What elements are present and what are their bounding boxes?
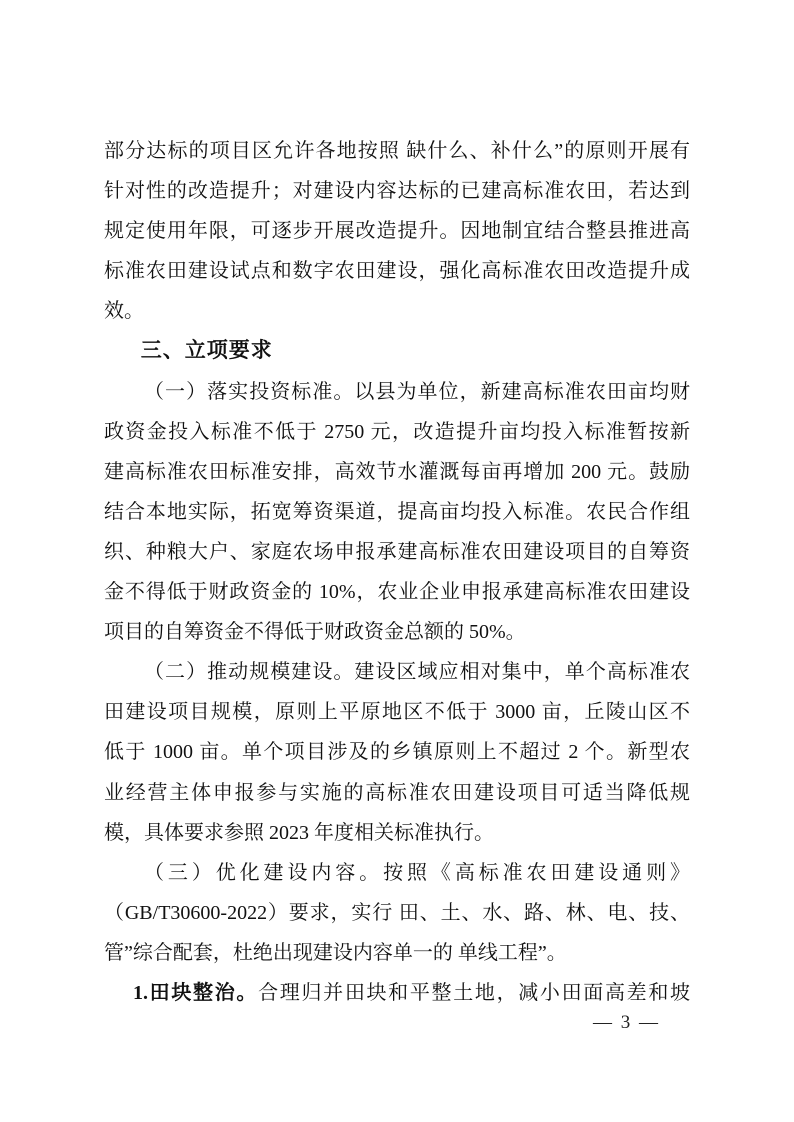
- para-investment-line: 织、种粮大户、家庭农场申报承建高标准农田建设项目的自筹资: [104, 532, 690, 572]
- para-scale-line: 低于 1000 亩。单个项目涉及的乡镇原则上不超过 2 个。新型农: [104, 732, 690, 772]
- para-improvement-line: 针对性的改造提升；对建设内容达标的已建高标准农田，若达到: [104, 171, 690, 211]
- para-improvement-line: 效。: [104, 291, 690, 331]
- para-improvement-line: 规定使用年限，可逐步开展改造提升。因地制宜结合整县推进高: [104, 211, 690, 251]
- para-investment-line: 建高标准农田标准安排，高效节水灌溉每亩再增加 200 元。鼓励: [104, 452, 690, 492]
- para-investment-line: 结合本地实际，拓宽筹资渠道，提高亩均投入标准。农民合作组: [104, 492, 690, 532]
- para-content-line: （GB/T30600-2022）要求，实行 田、土、水、路、林、电、技、: [104, 893, 690, 933]
- para-scale-line: 业经营主体申报参与实施的高标准农田建设项目可适当降低规: [104, 773, 690, 813]
- section-heading: 三、立项要求: [104, 331, 690, 371]
- para-scale-line: （二）推动规模建设。建设区域应相对集中，单个高标准农: [104, 652, 690, 692]
- para-investment-line: 金不得低于财政资金的 10%，农业企业申报承建高标准农田建设: [104, 572, 690, 612]
- para-improvement-line: 部分达标的项目区允许各地按照 缺什么、补什么”的原则开展有: [104, 131, 690, 171]
- page-number: — 3 —: [593, 1010, 660, 1036]
- document-body: 部分达标的项目区允许各地按照 缺什么、补什么”的原则开展有 针对性的改造提升；对…: [104, 131, 690, 1013]
- para-content-line: 管”综合配套，杜绝出现建设内容单一的 单线工程”。: [104, 933, 690, 973]
- para-improvement-line: 标准农田建设试点和数字农田建设，强化高标准农田改造提升成: [104, 251, 690, 291]
- para-investment-line: 项目的自筹资金不得低于财政资金总额的 50%。: [104, 612, 690, 652]
- item-text: 合理归并田块和平整土地，减小田面高差和坡: [258, 982, 690, 1004]
- para-scale-line: 田建设项目规模，原则上平原地区不低于 3000 亩，丘陵山区不: [104, 692, 690, 732]
- para-content-line: （三）优化建设内容。按照《高标准农田建设通则》: [104, 853, 690, 893]
- para-scale-line: 模，具体要求参照 2023 年度相关标准执行。: [104, 813, 690, 853]
- item-field-consolidation: 1.田块整治。合理归并田块和平整土地，减小田面高差和坡: [104, 973, 690, 1013]
- para-investment-line: （一）落实投资标准。以县为单位，新建高标准农田亩均财: [104, 372, 690, 412]
- item-label: 1.田块整治。: [133, 982, 258, 1004]
- document-page: 部分达标的项目区允许各地按照 缺什么、补什么”的原则开展有 针对性的改造提升；对…: [0, 0, 794, 1122]
- para-investment-line: 政资金投入标准不低于 2750 元，改造提升亩均投入标准暂按新: [104, 412, 690, 452]
